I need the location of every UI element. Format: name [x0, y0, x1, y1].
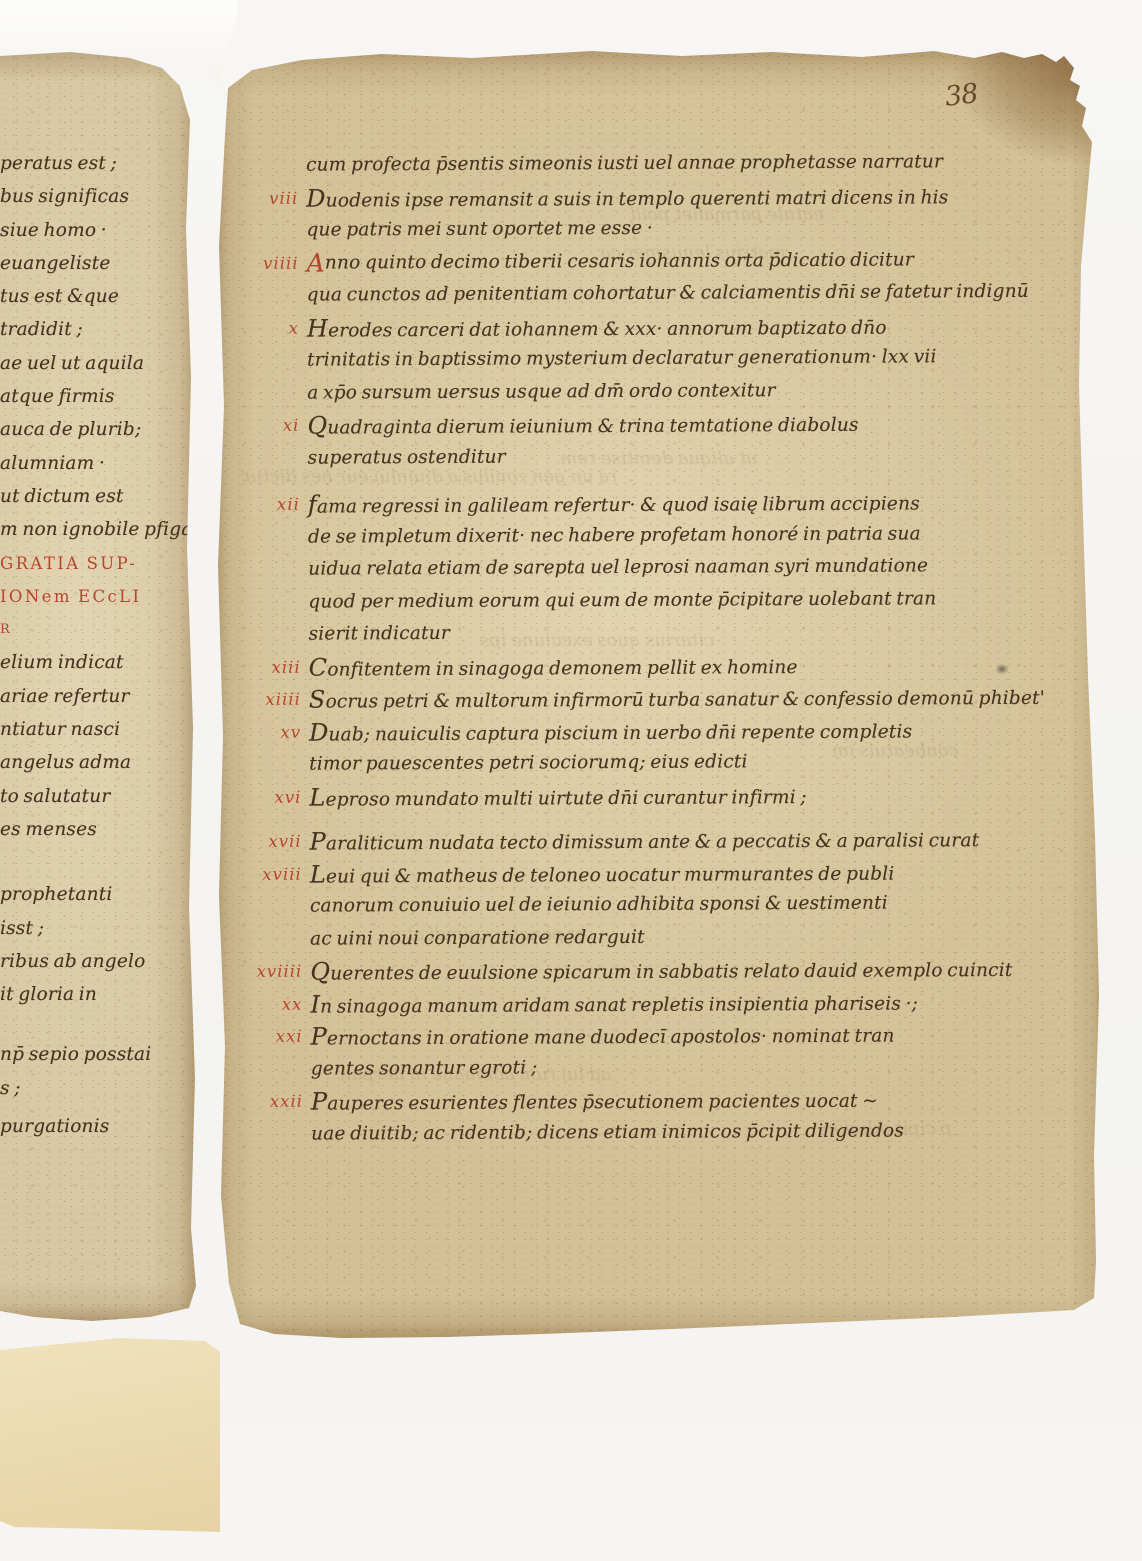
- capitulum-line: xviLeproso mundato multi uirtute dn̄i cu…: [237, 777, 1107, 814]
- capitulum-text: uae diuitib; ac ridentib; dicens etiam i…: [311, 1115, 904, 1151]
- capitulum-text: sierit indicatur: [308, 618, 449, 651]
- chapter-numeral: xviiii: [238, 956, 310, 989]
- left-page-line-fragment: tus est &que: [0, 280, 197, 313]
- chapter-numeral: [239, 1118, 311, 1151]
- capitulum-line: xviiiiQuerentes de euulsione spicarum in…: [238, 951, 1108, 988]
- capitulum-text: Quadraginta dierum ieiunium & trina temt…: [307, 407, 858, 442]
- chapter-numeral: x: [235, 312, 307, 345]
- capitulum-text: canorum conuiuio uel de ieiunio adhibita…: [310, 888, 888, 924]
- capitulum-text: a xp̄o sursum uersus usque ad dm̄ ordo c…: [307, 375, 776, 410]
- capitulum-line: xiiiiSocrus petri & multorum infirmorū t…: [237, 679, 1107, 716]
- chapter-numeral: [234, 215, 306, 248]
- chapter-numeral: xi: [235, 410, 307, 443]
- capitulum-text: Socrus petri & multorum infirmorū turba …: [309, 680, 1045, 716]
- chapter-numeral: xviii: [238, 858, 310, 891]
- left-page-line-fragment: ae uel ut aquila: [0, 347, 197, 380]
- capitulum-line: xxiPernoctans in oratione mane duodecī a…: [239, 1016, 1109, 1053]
- capitulum-line: qua cunctos ad penitentiam cohortatur & …: [235, 275, 1105, 312]
- left-page-line-fragment: ut dictum est: [0, 480, 197, 513]
- capitulum-line: viiiiAnno quinto decimo tiberii cesaris …: [235, 243, 1105, 280]
- left-page-line-fragment: s ;: [0, 1072, 197, 1105]
- chapter-numeral: xv: [237, 716, 309, 749]
- capitulum-text: Pernoctans in oratione mane duodecī apos…: [311, 1018, 895, 1054]
- capitulum-text: uidua relata etiam de sarepta uel lepros…: [308, 550, 928, 586]
- left-page-line-fragment: angelus adma: [0, 746, 197, 779]
- chapter-numeral: [235, 280, 307, 313]
- capitulum-line: a xp̄o sursum uersus usque ad dm̄ ordo c…: [235, 373, 1105, 410]
- capitulum-line: gentes sonantur egroti ;: [239, 1049, 1109, 1086]
- capitulum-line: superatus ostenditur: [236, 438, 1106, 475]
- chapter-numeral: xxi: [239, 1021, 311, 1054]
- left-page-text-column: peratus est ;bus significassiue homo ·eu…: [0, 147, 197, 1143]
- capitulum-line: uidua relata etiam de sarepta uel lepros…: [236, 549, 1106, 586]
- left-page-line-fragment: elium indicat: [0, 646, 197, 679]
- left-page-line-fragment: siue homo ·: [0, 214, 197, 247]
- left-page-line-fragment: GRATIA SUP-: [0, 547, 197, 580]
- capitulum-line: quod per medium eorum qui eum de monte p…: [236, 582, 1106, 619]
- left-page-line-fragment: alumniam ·: [0, 447, 197, 480]
- chapter-numeral: xiiii: [237, 684, 309, 717]
- capitulum-line: xxiiPauperes esurientes flentes p̄secuti…: [239, 1081, 1109, 1118]
- capitulum-line: cum profecta p̄sentis simeonis iusti uel…: [234, 145, 1104, 182]
- left-page-line-fragment: prophetanti: [0, 878, 197, 911]
- left-page-line-fragment: es menses: [0, 813, 197, 846]
- capitulum-line: uae diuitib; ac ridentib; dicens etiam i…: [239, 1114, 1109, 1151]
- capitulum-line: xvDuab; nauiculis captura piscium in uer…: [237, 712, 1107, 749]
- chapter-numeral: [238, 923, 310, 956]
- chapter-numeral: [238, 891, 310, 924]
- chapter-numeral: [236, 619, 308, 652]
- manuscript-photo: peratus est ;bus significassiue homo ·eu…: [0, 0, 1142, 1561]
- capitulum-line: de se impletum dixerit· nec habere profe…: [236, 517, 1106, 554]
- capitulum-line: ac uini noui conparatione redarguit: [238, 919, 1108, 956]
- chapter-numeral: [236, 521, 308, 554]
- capitulum-text: cum profecta p̄sentis simeonis iusti uel…: [306, 146, 943, 182]
- capitulum-text: fama regressi in galileam refertur· & qu…: [308, 485, 920, 521]
- left-manuscript-page: peratus est ;bus significassiue homo ·eu…: [0, 48, 198, 1324]
- capitulum-text: Duodenis ipse remansit a suis in templo …: [306, 179, 948, 215]
- left-page-line-fragment: isst ;: [0, 912, 197, 945]
- red-initial: A: [307, 247, 325, 280]
- chapter-numeral: xx: [238, 988, 310, 1021]
- left-page-line-fragment: bus significas: [0, 180, 197, 213]
- capitulum-text: timor pauescentes petri sociorumq; eius …: [309, 746, 748, 781]
- capitulum-text: que patris mei sunt oportet me esse ·: [306, 213, 653, 247]
- capitulum-line: timor pauescentes petri sociorumq; eius …: [237, 744, 1107, 781]
- left-page-line-fragment: m non ignobile pfigat: [0, 513, 197, 546]
- capitulum-text: de se impletum dixerit· nec habere profe…: [308, 518, 921, 554]
- capitulum-text: Pauperes esurientes flentes p̄secutionem…: [311, 1083, 878, 1118]
- capitulum-text: Herodes carceri dat iohannem & xxx· anno…: [307, 309, 887, 345]
- chapter-numeral: xvii: [238, 826, 310, 859]
- left-page-line-fragment: ariae refertur: [0, 680, 197, 713]
- capitulum-line: xiiiConfitentem in sinagoga demonem pell…: [237, 647, 1107, 684]
- capitulum-text: qua cunctos ad penitentiam cohortatur & …: [307, 276, 1029, 312]
- chapter-numeral: viiii: [235, 247, 307, 280]
- capitulum-line: trinitatis in baptissimo mysterium decla…: [235, 340, 1105, 377]
- capitulum-text: gentes sonantur egroti ;: [311, 1052, 538, 1086]
- left-page-line-fragment: ribus ab angelo: [0, 945, 197, 978]
- flyleaf-bottom: [0, 1336, 220, 1532]
- left-page-line-fragment: it gloria in: [0, 978, 197, 1011]
- capitulum-line: que patris mei sunt oportet me esse ·: [234, 210, 1104, 247]
- folio-number-faint-mark: 4: [1009, 92, 1023, 117]
- left-page-line-fragment: IONem ECcLI: [0, 580, 197, 613]
- right-manuscript-page: eatule parmaliet poillmatrius lenusmer c…: [212, 46, 1108, 1342]
- capitulum-line: xxIn sinagoga manum aridam sanat repleti…: [238, 984, 1108, 1021]
- capitulum-line: xiQuadraginta dierum ieiunium & trina te…: [235, 405, 1105, 442]
- chapter-numeral: [236, 586, 308, 619]
- chapter-numeral: [236, 554, 308, 587]
- left-page-line-fragment: atque firmis: [0, 380, 197, 413]
- chapter-numeral: xvi: [237, 781, 309, 814]
- chapter-numeral: [236, 442, 308, 475]
- capitulum-text: nno quinto decimo tiberii cesaris iohann…: [325, 244, 914, 280]
- left-page-line-fragment: euangeliste: [0, 247, 197, 280]
- capitulum-line: sierit indicatur: [236, 614, 1106, 651]
- capitulum-text: Paraliticum nudata tecto dimissum ante &…: [310, 822, 980, 858]
- chapter-numeral: xii: [236, 489, 308, 522]
- capitulum-text: Confitentem in sinagoga demonem pellit e…: [309, 649, 798, 684]
- chapter-numeral: viii: [234, 182, 306, 215]
- capitulum-text: trinitatis in baptissimo mysterium decla…: [307, 341, 937, 377]
- capitulum-text: Querentes de euulsione spicarum in sabba…: [310, 952, 1012, 988]
- capitulum-text: In sinagoga manum aridam sanat repletis …: [310, 985, 918, 1021]
- chapter-numeral: xxii: [239, 1086, 311, 1119]
- left-page-line-fragment: auca de plurib;: [0, 413, 197, 446]
- capitulum-line: xviiiLeui qui & matheus de teloneo uocat…: [238, 854, 1108, 891]
- capitulum-text: Duab; nauiculis captura piscium in uerbo…: [309, 713, 912, 749]
- capitulum-line: viiiDuodenis ipse remansit a suis in tem…: [234, 178, 1104, 215]
- capitulum-line: xHerodes carceri dat iohannem & xxx· ann…: [235, 308, 1105, 345]
- left-page-line-fragment: ntiatur nasci: [0, 713, 197, 746]
- left-page-line-fragment: peratus est ;: [0, 147, 197, 180]
- chapter-numeral: [237, 749, 309, 782]
- capitulum-text: quod per medium eorum qui eum de monte p…: [308, 583, 936, 619]
- left-page-line-fragment: np̄ sepio posstai: [0, 1038, 197, 1071]
- capitulum-text: ac uini noui conparatione redarguit: [310, 921, 645, 955]
- capitulum-text: Leui qui & matheus de teloneo uocatur mu…: [310, 855, 895, 891]
- folio-number: 38: [943, 78, 979, 113]
- chapter-numeral: [235, 345, 307, 378]
- capitulum-line: canorum conuiuio uel de ieiunio adhibita…: [238, 886, 1108, 923]
- left-page-line-fragment: purgationis: [0, 1110, 197, 1143]
- capitulum-text: superatus ostenditur: [308, 441, 506, 475]
- left-page-line-fragment: to salutatur: [0, 780, 197, 813]
- chapter-numeral: xiii: [237, 651, 309, 684]
- left-page-line-fragment: R: [0, 613, 197, 646]
- capitulum-text: Leproso mundato multi uirtute dn̄i curan…: [309, 779, 807, 814]
- chapter-numeral: [234, 150, 306, 183]
- chapter-numeral: [239, 1053, 311, 1086]
- capitula-list: cum profecta p̄sentis simeonis iusti uel…: [234, 145, 1109, 1151]
- capitulum-line: xiifama regressi in galileam refertur· &…: [236, 484, 1106, 521]
- left-page-line-fragment: tradidit ;: [0, 313, 197, 346]
- chapter-numeral: [235, 377, 307, 410]
- capitulum-line: xviiParaliticum nudata tecto dimissum an…: [238, 821, 1108, 858]
